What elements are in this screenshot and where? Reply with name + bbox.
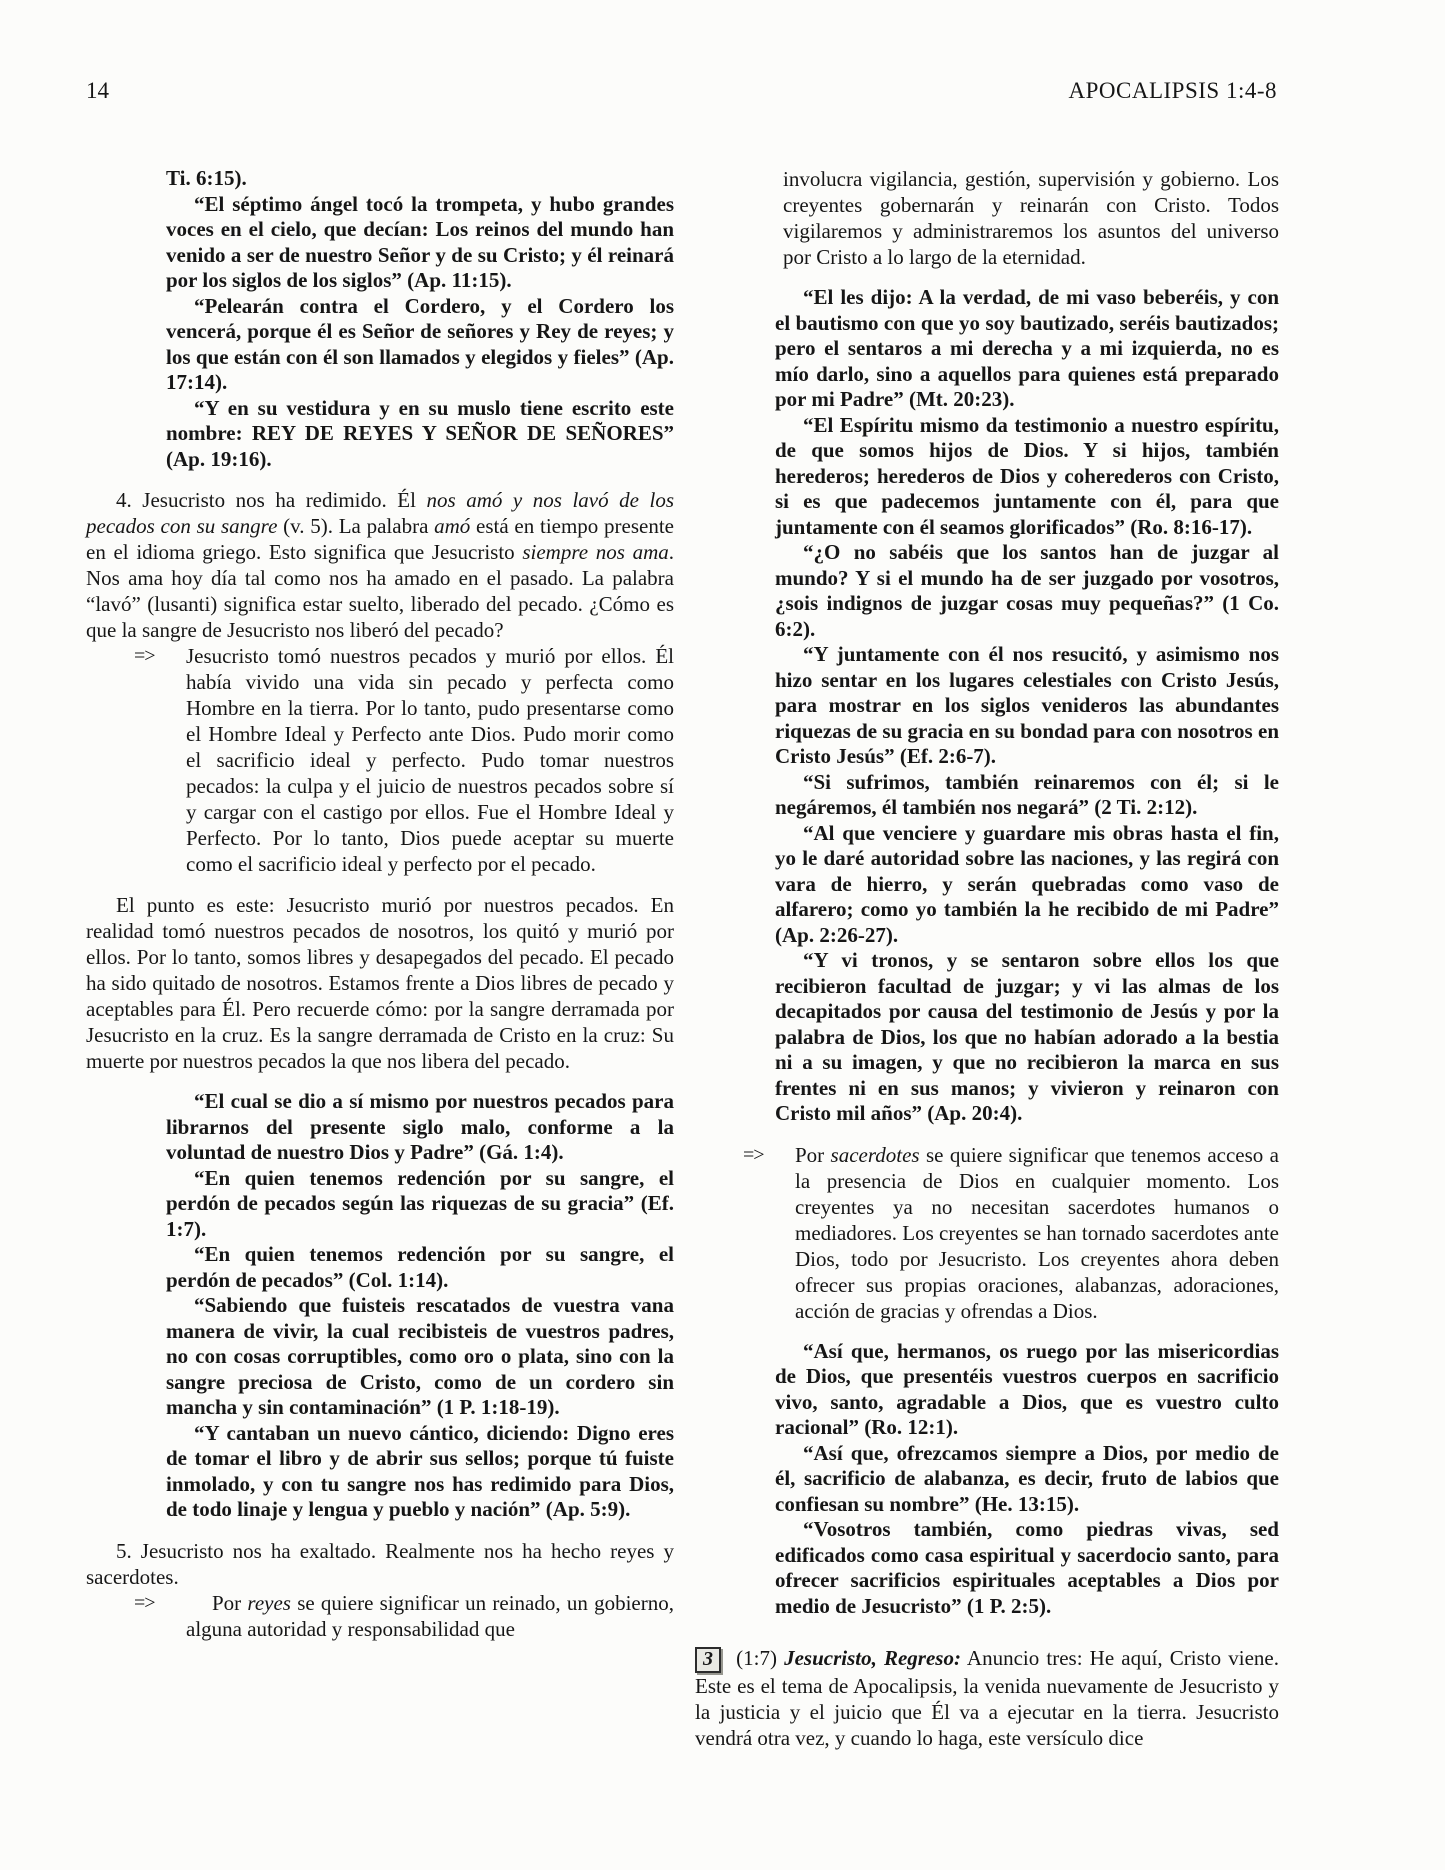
scripture-quote: “El séptimo ángel tocó la trompeta, y hu… <box>166 192 674 294</box>
emphasized-text: amó <box>434 514 470 538</box>
scripture-quote: “El Espíritu mismo da testimonio a nuest… <box>775 413 1279 541</box>
text-run: (v. 5). La palabra <box>277 514 434 538</box>
text-run: “Y vi tronos, y se sentaron sobre ellos … <box>775 948 1279 1125</box>
text-run: “El les dijo: A la verdad, de mi vaso be… <box>775 285 1279 411</box>
text-run: Por <box>212 1591 247 1615</box>
text-run: 4. Jesucristo nos ha redimido. Él <box>116 488 426 512</box>
scripture-quote: “Así que, hermanos, os ruego por las mis… <box>775 1339 1279 1441</box>
paragraph: 5. Jesucristo nos ha exaltado. Realmente… <box>86 1538 674 1590</box>
text-run: “¿O no sabéis que los santos han de juzg… <box>775 540 1279 641</box>
scripture-quote: “Y en su vestidura y en su muslo tiene e… <box>166 396 674 473</box>
text-run: involucra vigilancia, gestión, supervisi… <box>783 167 1279 269</box>
text-run: “Vosotros también, como piedras vivas, s… <box>775 1517 1279 1618</box>
right-column: involucra vigilancia, gestión, supervisi… <box>695 166 1279 1751</box>
scripture-quote: “¿O no sabéis que los santos han de juzg… <box>775 540 1279 642</box>
scripture-quote: “Sabiendo que fuisteis rescatados de vue… <box>166 1293 674 1421</box>
emphasized-text: Jesucristo, Regreso: <box>784 1646 961 1670</box>
text-run: “Y en su vestidura y en su muslo tiene e… <box>166 396 674 471</box>
scripture-quote: “El cual se dio a sí mismo por nuestros … <box>166 1089 674 1166</box>
text-run: Jesucristo tomó nuestros pecados y murió… <box>186 644 674 876</box>
text-run: “El séptimo ángel tocó la trompeta, y hu… <box>166 192 674 293</box>
thought-text: Jesucristo tomó nuestros pecados y murió… <box>186 643 674 877</box>
emphasized-text: sacerdotes <box>831 1143 920 1167</box>
scripture-quote: “Vosotros también, como piedras vivas, s… <box>775 1517 1279 1619</box>
outline-point-paragraph: 3 (1:7) Jesucristo, Regreso: Anuncio tre… <box>695 1645 1279 1751</box>
scripture-quote: “Y cantaban un nuevo cántico, diciendo: … <box>166 1421 674 1523</box>
running-title: APOCALIPSIS 1:4-8 <box>1068 78 1277 104</box>
scripture-quote-continuation: Ti. 6:15). <box>166 166 674 192</box>
left-column: Ti. 6:15).“El séptimo ángel tocó la trom… <box>86 166 674 1642</box>
text-run: “Al que venciere y guardare mis obras ha… <box>775 821 1279 947</box>
scripture-quote: “Así que, ofrezcamos siempre a Dios, por… <box>775 1441 1279 1518</box>
scripture-quote: “En quien tenemos redención por su sangr… <box>166 1242 674 1293</box>
thought-block: =>Por sacerdotes se quiere significar qu… <box>695 1142 1279 1324</box>
text-run: se quiere significar que tenemos acceso … <box>795 1143 1279 1323</box>
text-run: (1:7) <box>729 1646 784 1670</box>
text-run: El punto es este: Jesucristo murió por n… <box>86 893 674 1073</box>
scripture-quote: “Y vi tronos, y se sentaron sobre ellos … <box>775 948 1279 1127</box>
thought-text: Por sacerdotes se quiere significar que … <box>795 1142 1279 1324</box>
page-header: 14 APOCALIPSIS 1:4-8 <box>86 78 1277 108</box>
paragraph: 4. Jesucristo nos ha redimido. Él nos am… <box>86 487 674 643</box>
text-run: “En quien tenemos redención por su sangr… <box>166 1166 674 1241</box>
text-run: “Si sufrimos, también reinaremos con él;… <box>775 770 1279 820</box>
scripture-quote: “Si sufrimos, también reinaremos con él;… <box>775 770 1279 821</box>
text-run: “Sabiendo que fuisteis rescatados de vue… <box>166 1293 674 1419</box>
scripture-quote: “Y juntamente con él nos resucitó, y asi… <box>775 642 1279 770</box>
book-page: 14 APOCALIPSIS 1:4-8 Ti. 6:15).“El sépti… <box>0 0 1445 1870</box>
paragraph-continuation: involucra vigilancia, gestión, supervisi… <box>783 166 1279 270</box>
page-number: 14 <box>86 78 109 104</box>
thought-block: =>Por reyes se quiere significar un rein… <box>86 1590 674 1642</box>
outline-point-number-box: 3 <box>695 1647 721 1673</box>
paragraph: El punto es este: Jesucristo murió por n… <box>86 892 674 1074</box>
arrow-marker: => <box>134 1590 155 1616</box>
text-run: 5. Jesucristo nos ha exaltado. Realmente… <box>86 1539 674 1589</box>
text-run: “Así que, hermanos, os ruego por las mis… <box>775 1339 1279 1440</box>
arrow-marker: => <box>134 643 155 669</box>
text-run: “El cual se dio a sí mismo por nuestros … <box>166 1089 674 1164</box>
emphasized-text: reyes <box>247 1591 291 1615</box>
text-run: “Así que, ofrezcamos siempre a Dios, por… <box>775 1441 1279 1516</box>
arrow-marker: => <box>743 1142 764 1168</box>
text-run: “El Espíritu mismo da testimonio a nuest… <box>775 413 1279 539</box>
text-run: “Y cantaban un nuevo cántico, diciendo: … <box>166 1421 674 1522</box>
text-run: “Y juntamente con él nos resucitó, y asi… <box>775 642 1279 768</box>
text-run: Por <box>795 1143 831 1167</box>
scripture-quote: “En quien tenemos redención por su sangr… <box>166 1166 674 1243</box>
emphasized-text: siempre nos ama <box>522 540 668 564</box>
thought-text: Por reyes se quiere significar un reinad… <box>186 1590 674 1642</box>
text-run: Ti. 6:15). <box>166 166 247 190</box>
scripture-quote: “Pelearán contra el Cordero, y el Corder… <box>166 294 674 396</box>
text-run: “Pelearán contra el Cordero, y el Corder… <box>166 294 674 395</box>
scripture-quote: “Al que venciere y guardare mis obras ha… <box>775 821 1279 949</box>
text-run: “En quien tenemos redención por su sangr… <box>166 1242 674 1292</box>
scripture-quote: “El les dijo: A la verdad, de mi vaso be… <box>775 285 1279 413</box>
thought-block: =>Jesucristo tomó nuestros pecados y mur… <box>86 643 674 877</box>
